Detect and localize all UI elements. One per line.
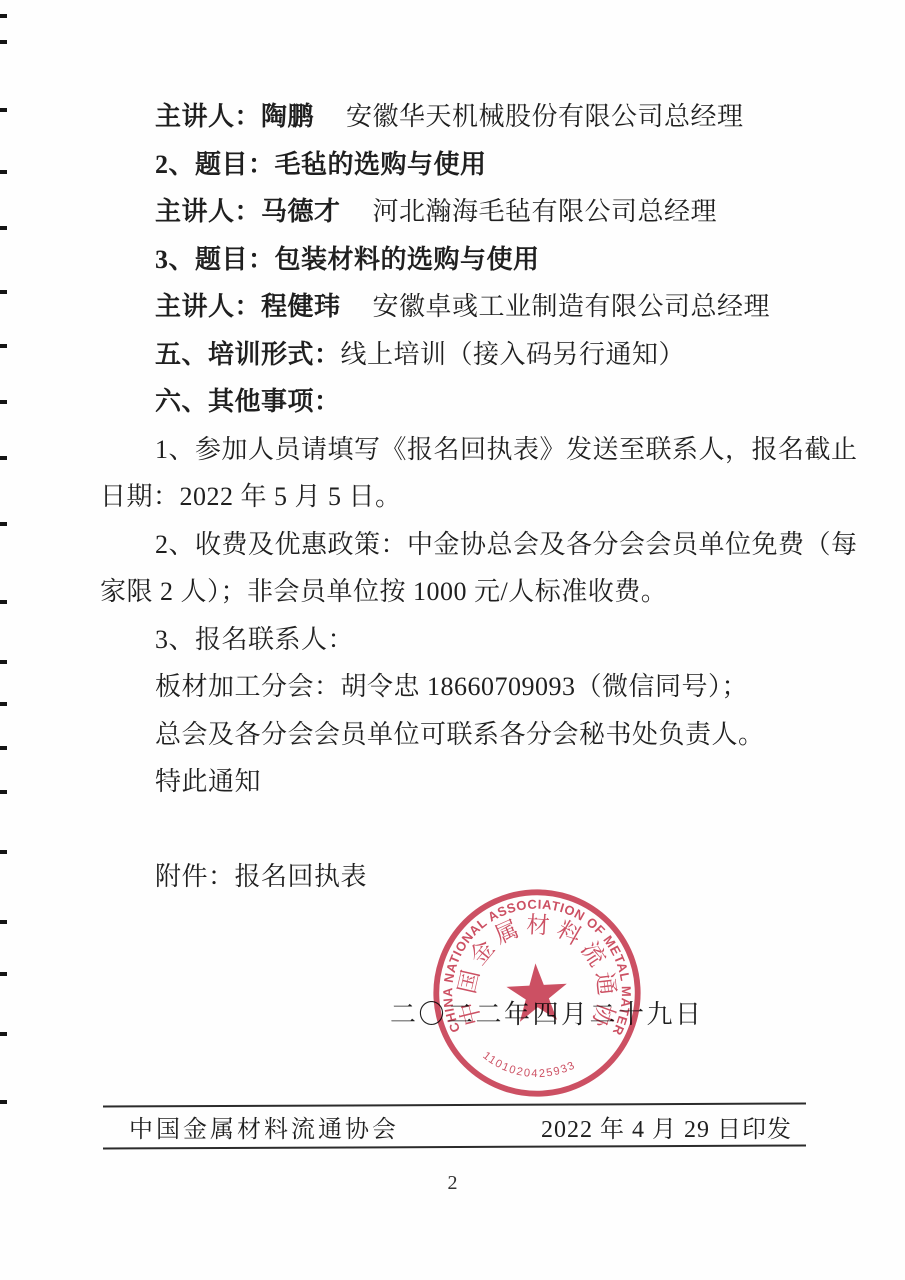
scan-artifact bbox=[0, 40, 7, 44]
body-line-text: 特此通知 bbox=[155, 767, 261, 796]
body-line: 特此通知 bbox=[100, 758, 830, 806]
scan-artifact bbox=[0, 600, 7, 604]
body-line-text: 安徽华天机械股份有限公司总经理 bbox=[346, 102, 744, 131]
body-line: 2、题目：毛毡的选购与使用 bbox=[100, 141, 830, 189]
body-line-emphasis: 五、培训形式： bbox=[155, 340, 341, 369]
body-line: 主讲人：马德才河北瀚海毛毡有限公司总经理 bbox=[100, 188, 830, 236]
body-line-text: 线上培训（接入码另行通知） bbox=[341, 340, 686, 369]
body-line: 六、其他事项： bbox=[100, 378, 830, 426]
body-line-text: 安徽卓彧工业制造有限公司总经理 bbox=[373, 292, 771, 321]
scan-artifact bbox=[0, 660, 7, 664]
svg-text:1101020425933: 1101020425933 bbox=[480, 1045, 578, 1083]
scan-artifact bbox=[0, 850, 7, 854]
body-line-emphasis: 主讲人：马德才 bbox=[155, 197, 341, 226]
footer: 中国金属材料流通协会 2022 年 4 月 29 日印发 bbox=[103, 1107, 806, 1145]
scan-artifact bbox=[0, 290, 7, 294]
scan-artifact bbox=[0, 1032, 7, 1036]
footer-rule-bottom bbox=[103, 1144, 806, 1149]
body-line: 1、参加人员请填写《报名回执表》发送至联系人，报名截止 bbox=[100, 426, 830, 474]
official-seal-stamp: CHINA NATIONAL ASSOCIATION OF METAL MATE… bbox=[426, 882, 649, 1105]
body-line-text: 日期：2022 年 5 月 5 日。 bbox=[100, 482, 402, 511]
scan-artifact bbox=[0, 456, 7, 460]
body-line: 主讲人：程健玮安徽卓彧工业制造有限公司总经理 bbox=[100, 283, 830, 331]
body-line-text: 3、报名联系人： bbox=[155, 625, 354, 654]
footer-print-date: 2022 年 4 月 29 日印发 bbox=[541, 1109, 806, 1144]
scan-artifact bbox=[0, 226, 7, 230]
body-line: 五、培训形式：线上培训（接入码另行通知） bbox=[100, 331, 830, 379]
scan-artifact bbox=[0, 400, 7, 404]
body-line-text: 板材加工分会：胡令忠 18660709093（微信同号）； bbox=[155, 672, 748, 701]
body-line-emphasis: 六、其他事项： bbox=[155, 387, 341, 416]
body-line-emphasis: 2、题目：毛毡的选购与使用 bbox=[155, 150, 487, 179]
body-line: 3、报名联系人： bbox=[100, 616, 830, 664]
scan-artifact bbox=[0, 522, 7, 526]
body-line-text: 1、参加人员请填写《报名回执表》发送至联系人，报名截止 bbox=[155, 435, 858, 464]
body-line-text: 附件：报名回执表 bbox=[155, 862, 367, 891]
body-line: 3、题目：包装材料的选购与使用 bbox=[100, 236, 830, 284]
body-line bbox=[100, 806, 830, 854]
document-page: 主讲人：陶鹏安徽华天机械股份有限公司总经理2、题目：毛毡的选购与使用主讲人：马德… bbox=[0, 0, 905, 1280]
scan-artifact bbox=[0, 1100, 7, 1104]
body-line-text: 2、收费及优惠政策：中金协总会及各分会会员单位免费（每 bbox=[155, 530, 858, 559]
body-line: 板材加工分会：胡令忠 18660709093（微信同号）； bbox=[100, 663, 830, 711]
stamp-serial-number: 1101020425933 bbox=[480, 1045, 578, 1083]
body-line-emphasis: 主讲人：程健玮 bbox=[155, 292, 341, 321]
scan-artifact bbox=[0, 170, 7, 174]
scan-artifact bbox=[0, 790, 7, 794]
body-line: 2、收费及优惠政策：中金协总会及各分会会员单位免费（每 bbox=[100, 521, 830, 569]
footer-issuer: 中国金属材料流通协会 bbox=[103, 1109, 399, 1144]
scan-artifact bbox=[0, 746, 7, 750]
body-line-text: 总会及各分会会员单位可联系各分会秘书处负责人。 bbox=[155, 720, 765, 749]
body-line-emphasis: 3、题目：包装材料的选购与使用 bbox=[155, 245, 540, 274]
scan-artifact bbox=[0, 108, 7, 112]
body-line: 主讲人：陶鹏安徽华天机械股份有限公司总经理 bbox=[100, 93, 830, 141]
body-line: 家限 2 人）；非会员单位按 1000 元/人标准收费。 bbox=[100, 568, 830, 616]
scan-artifact bbox=[0, 14, 7, 18]
body-line: 日期：2022 年 5 月 5 日。 bbox=[100, 473, 830, 521]
scan-artifact bbox=[0, 920, 7, 924]
body-line: 总会及各分会会员单位可联系各分会秘书处负责人。 bbox=[100, 711, 830, 759]
scan-artifact bbox=[0, 702, 7, 706]
body-line-emphasis: 主讲人：陶鹏 bbox=[155, 102, 314, 131]
star-icon bbox=[505, 962, 568, 1023]
body-line-text: 河北瀚海毛毡有限公司总经理 bbox=[373, 197, 718, 226]
page-number: 2 bbox=[0, 1172, 905, 1195]
document-body: 主讲人：陶鹏安徽华天机械股份有限公司总经理2、题目：毛毡的选购与使用主讲人：马德… bbox=[100, 93, 830, 901]
scan-artifact bbox=[0, 972, 7, 976]
body-line-text: 家限 2 人）；非会员单位按 1000 元/人标准收费。 bbox=[100, 577, 667, 606]
scan-artifact bbox=[0, 344, 7, 348]
